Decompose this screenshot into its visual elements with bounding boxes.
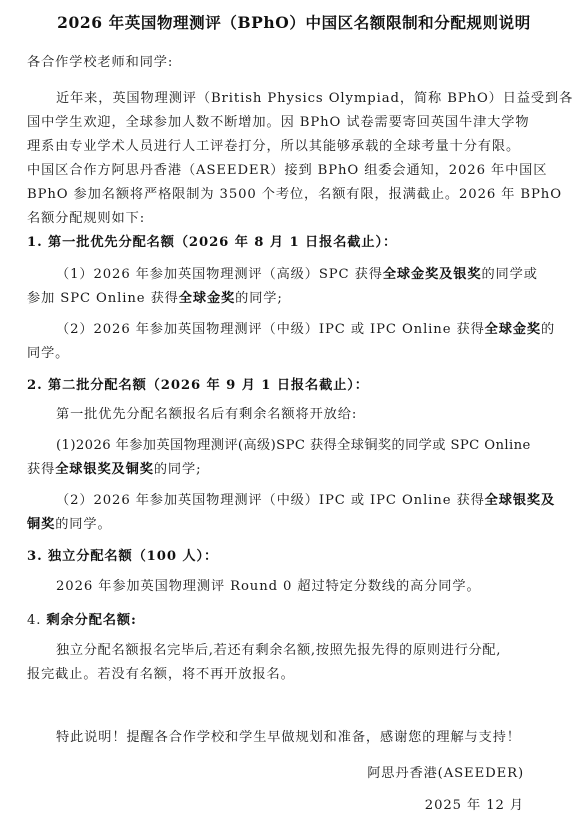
intro-line: 国中学生欢迎，全球参加人数不断增加。因 BPhO 试卷需要寄回英国牛津大学物: [27, 114, 529, 132]
text: （1）2026 年参加英国物理测评（高级）SPC 获得: [56, 267, 383, 282]
section-2-item-1-line-2: 获得全球银奖及铜奖的同学;: [27, 461, 201, 479]
text: （2）2026 年参加英国物理测评（中级）IPC 或 IPC Online 获得: [56, 322, 485, 337]
section-4-text-line: 报完截止。若没有名额，将不再开放报名。: [27, 666, 295, 684]
section-1-item-2-line-1: （2）2026 年参加英国物理测评（中级）IPC 或 IPC Online 获得…: [56, 321, 555, 339]
section-number: 4.: [27, 613, 46, 628]
section-2-item-1-line-1: (1)2026 年参加英国物理测评(高级)SPC 获得全球铜奖的同学或 SPC …: [56, 437, 531, 455]
text: 获得: [27, 462, 55, 477]
section-4-text-line: 独立分配名额报名完毕后,若还有剩余名额,按照先报先得的原则进行分配,: [56, 642, 501, 660]
intro-line: BPhO 参加名额将严格限制为 3500 个考位，名额有限，报满截止。2026 …: [27, 186, 562, 204]
emphasis: 铜奖: [27, 517, 55, 532]
text: 的: [541, 322, 555, 337]
emphasis: 全球金奖: [179, 291, 235, 306]
text: （2）2026 年参加英国物理测评（中级）IPC 或 IPC Online 获得: [56, 493, 485, 508]
intro-line: 理系由专业学术人员进行人工评卷打分，所以其能够承载的全球考量十分有限。: [27, 138, 520, 156]
section-1-item-1-line-2: 参加 SPC Online 获得全球金奖的同学;: [27, 290, 283, 308]
section-2-heading: 2. 第二批分配名额（2026 年 9 月 1 日报名截止）：: [27, 377, 369, 395]
section-2-item-2-line-1: （2）2026 年参加英国物理测评（中级）IPC 或 IPC Online 获得…: [56, 492, 555, 510]
salutation: 各合作学校老师和同学:: [27, 54, 173, 72]
section-1-item-2-line-2: 同学。: [27, 345, 69, 363]
section-3-heading: 3. 独立分配名额（100 人）：: [27, 548, 218, 566]
document-date: 2025 年 12 月: [425, 797, 524, 815]
signature: 阿思丹香港(ASEEDER): [367, 765, 524, 783]
intro-line: 中国区合作方阿思丹香港（ASEEDER）接到 BPhO 组委会通知，2026 年…: [27, 162, 547, 180]
heading-text: 剩余分配名额:: [46, 613, 136, 628]
section-1-heading: 1. 第一批优先分配名额（2026 年 8 月 1 日报名截止）：: [27, 234, 397, 252]
emphasis: 全球银奖及铜奖: [55, 462, 154, 477]
text: 参加 SPC Online 获得: [27, 291, 179, 306]
emphasis: 全球金奖及银奖: [383, 267, 482, 282]
text: 的同学;: [154, 462, 202, 477]
intro-line: 名额分配规则如下:: [27, 210, 145, 228]
section-1-item-1-line-1: （1）2026 年参加英国物理测评（高级）SPC 获得全球金奖及银奖的同学或: [56, 266, 538, 284]
section-3-text: 2026 年参加英国物理测评 Round 0 超过特定分数线的高分同学。: [56, 578, 481, 596]
section-2-item-2-line-2: 铜奖的同学。: [27, 516, 112, 534]
section-4-heading: 4. 剩余分配名额:: [27, 612, 137, 630]
document-page: 2026 年英国物理测评（BPhO）中国区名额限制和分配规则说明 各合作学校老师…: [0, 0, 588, 817]
document-title: 2026 年英国物理测评（BPhO）中国区名额限制和分配规则说明: [0, 11, 588, 33]
emphasis: 全球银奖及: [485, 493, 555, 508]
section-2-intro: 第一批优先分配名额报名后有剩余名额将开放给:: [56, 406, 357, 424]
text: 的同学;: [235, 291, 283, 306]
closing-statement: 特此说明！提醒各合作学校和学生早做规划和准备，感谢您的理解与支持！: [56, 729, 521, 747]
intro-line: 近年来，英国物理测评（British Physics Olympiad，简称 B…: [56, 90, 573, 108]
emphasis: 全球金奖: [485, 322, 541, 337]
text: 的同学。: [55, 517, 111, 532]
text: 的同学或: [481, 267, 537, 282]
